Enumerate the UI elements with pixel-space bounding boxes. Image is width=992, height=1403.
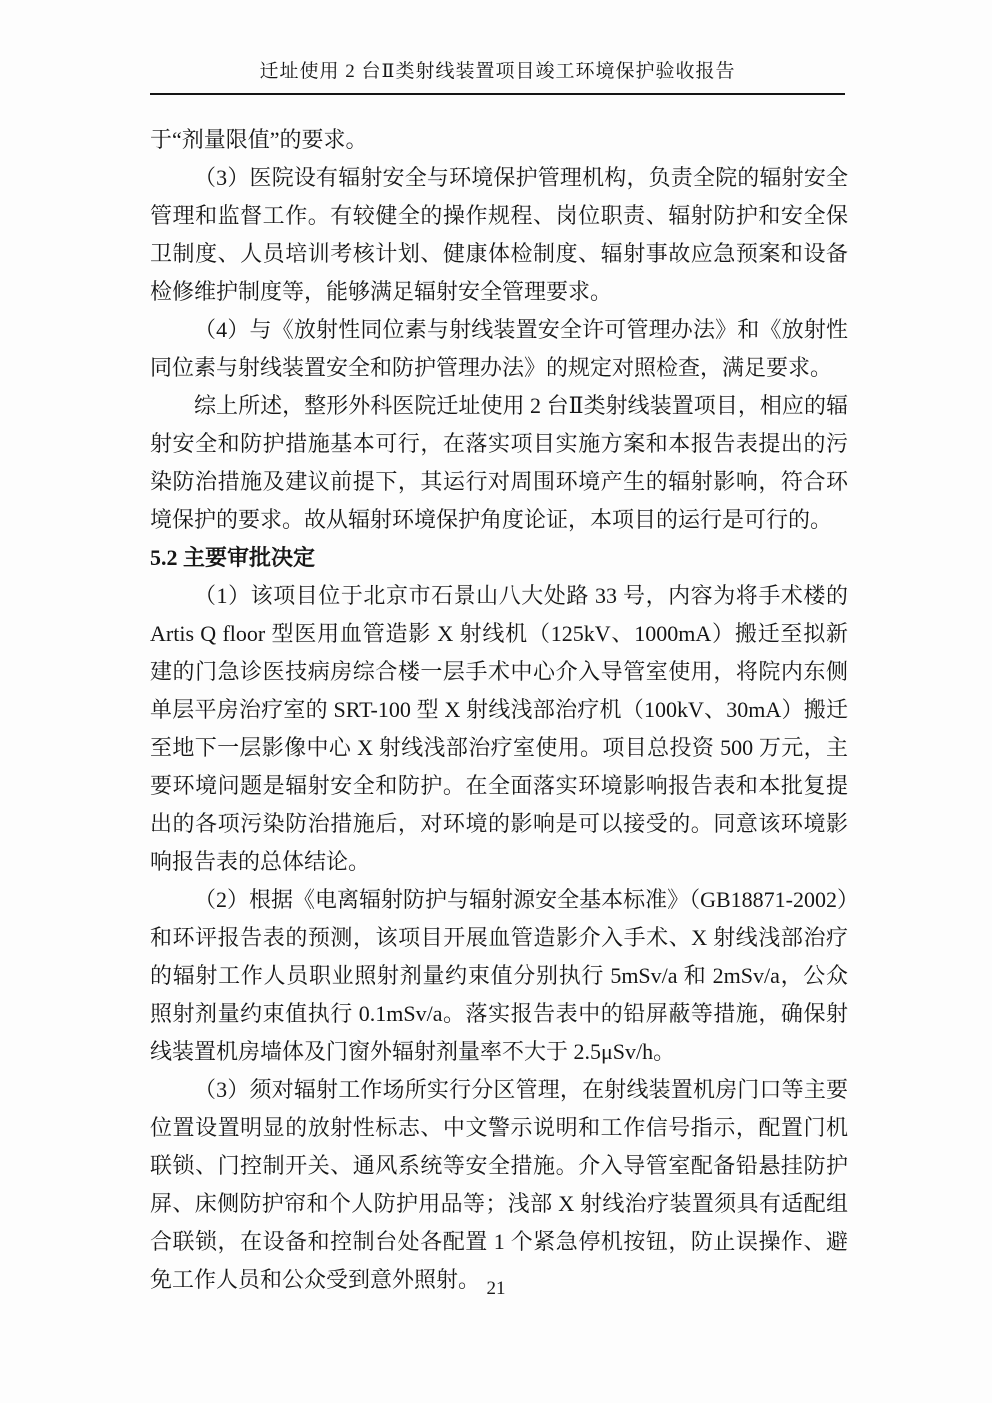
document-page: 迁址使用 2 台Ⅱ类射线装置项目竣工环境保护验收报告 于“剂量限值”的要求。 （… <box>0 0 992 1403</box>
paragraph-decision-2: （2）根据《电离辐射防护与辐射源安全基本标准》（GB18871-2002）和环评… <box>150 881 848 1071</box>
paragraph-decision-1: （1）该项目位于北京市石景山八大处路 33 号，内容为将手术楼的 Artis Q… <box>150 577 848 881</box>
page-header: 迁址使用 2 台Ⅱ类射线装置项目竣工环境保护验收报告 <box>150 0 845 95</box>
paragraph-item-3: （3）医院设有辐射安全与环境保护管理机构，负责全院的辐射安全管理和监督工作。有较… <box>150 159 848 311</box>
document-body: 于“剂量限值”的要求。 （3）医院设有辐射安全与环境保护管理机构，负责全院的辐射… <box>150 121 848 1299</box>
section-heading-5-2: 5.2 主要审批决定 <box>150 539 848 577</box>
paragraph-summary: 综上所述，整形外科医院迁址使用 2 台Ⅱ类射线装置项目，相应的辐射安全和防护措施… <box>150 387 848 539</box>
paragraph-item-4: （4）与《放射性同位素与射线装置安全许可管理办法》和《放射性同位素与射线装置安全… <box>150 311 848 387</box>
page-footer: 21 <box>0 1274 992 1304</box>
paragraph-continuation: 于“剂量限值”的要求。 <box>150 121 848 159</box>
page-number: 21 <box>487 1278 506 1299</box>
running-header-title: 迁址使用 2 台Ⅱ类射线装置项目竣工环境保护验收报告 <box>150 57 845 95</box>
paragraph-decision-3: （3）须对辐射工作场所实行分区管理，在射线装置机房门口等主要位置设置明显的放射性… <box>150 1071 848 1299</box>
